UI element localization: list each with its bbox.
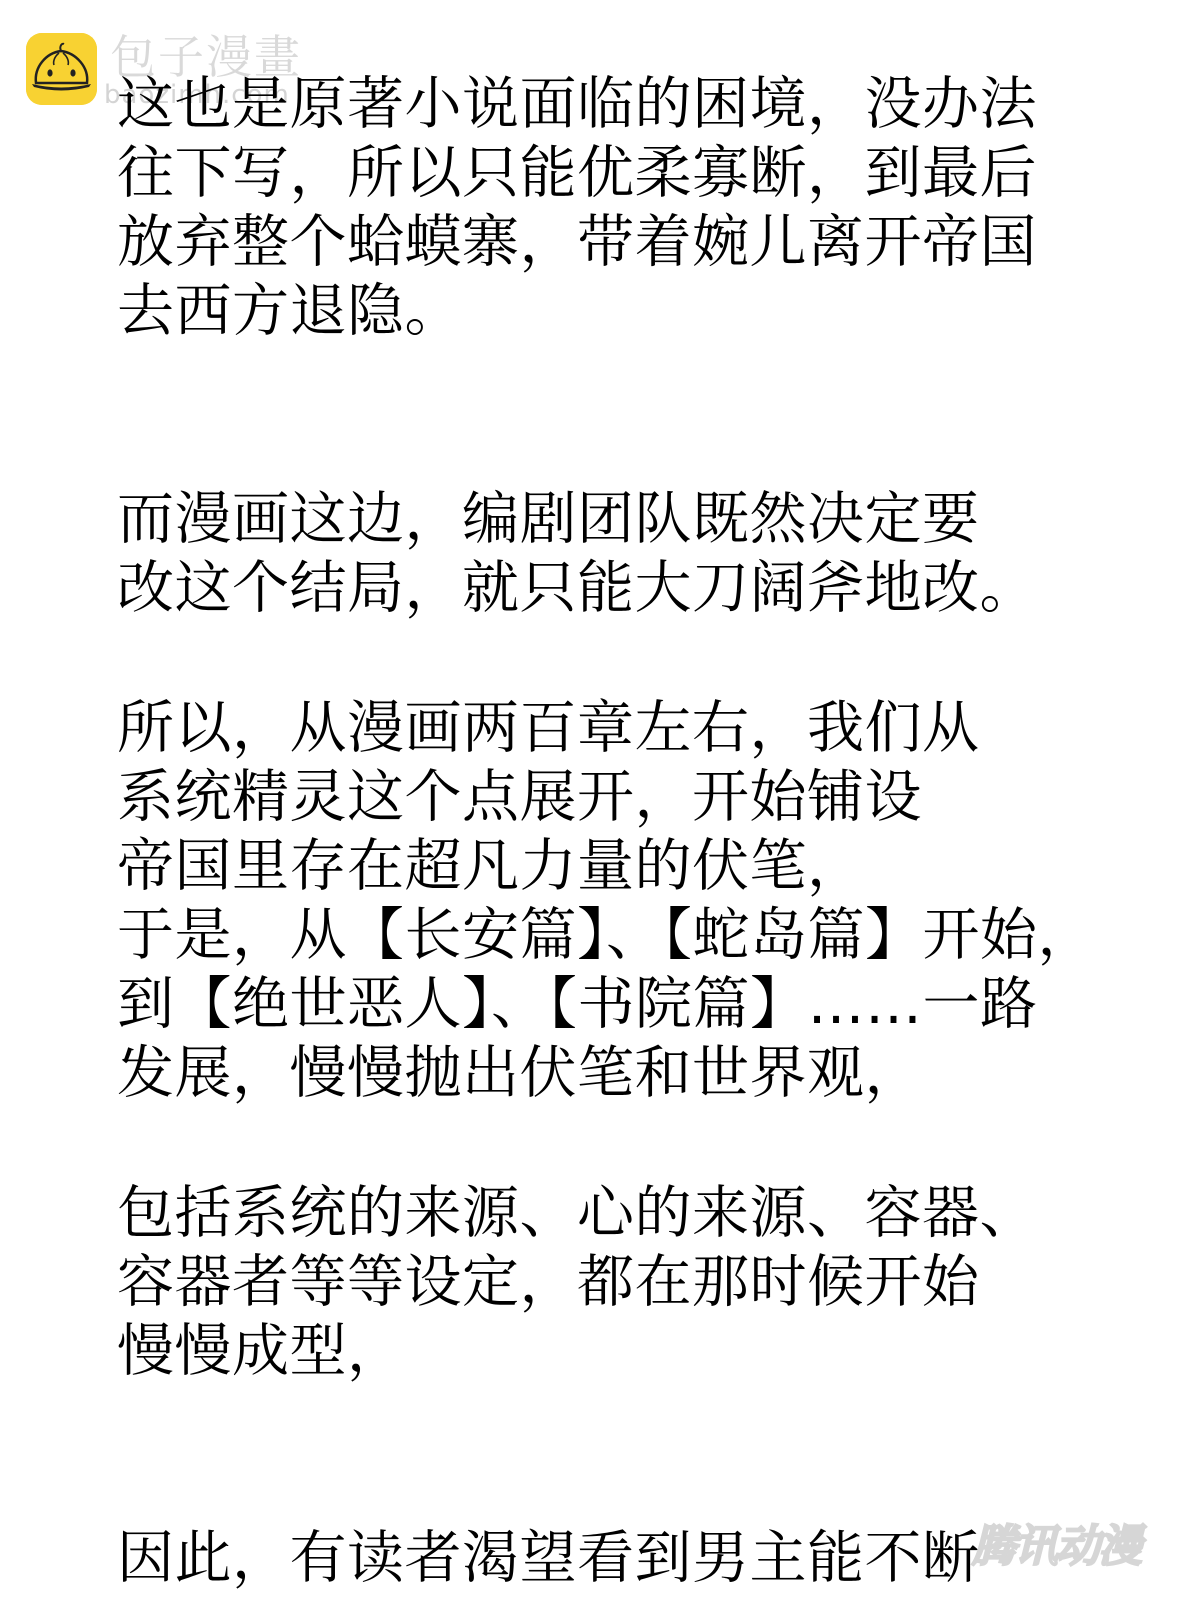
tencent-comics-watermark: 腾讯动漫 (972, 1525, 1140, 1569)
baozi-logo (26, 33, 97, 105)
text-line: 所以，从漫画两百章左右，我们从 (117, 694, 1095, 763)
text-line: 系统精灵这个点展开，开始铺设 (117, 763, 1095, 832)
paragraph-4: 包括系统的来源、心的来源、容器、 容器者等等设定，都在那时候开始 慢慢成型， (117, 1179, 1037, 1386)
text-line: 包括系统的来源、心的来源、容器、 (117, 1179, 1037, 1248)
text-line: 这也是原著小说面临的困境，没办法 (117, 70, 1037, 139)
paragraph-2: 而漫画这边，编剧团队既然决定要 改这个结局，就只能大刀阔斧地改。 (117, 485, 1037, 623)
text-line: 慢慢成型， (117, 1317, 1037, 1386)
comic-page: 包子漫畫 baozimh.com 这也是原著小说面临的困境，没办法 往下写，所以… (0, 0, 1200, 1600)
paragraph-1: 这也是原著小说面临的困境，没办法 往下写，所以只能优柔寡断，到最后 放弃整个蛤蟆… (117, 70, 1037, 346)
text-line: 往下写，所以只能优柔寡断，到最后 (117, 139, 1037, 208)
text-line: 改这个结局，就只能大刀阔斧地改。 (117, 554, 1037, 623)
text-line: 帝国里存在超凡力量的伏笔， (117, 832, 1095, 901)
text-line: 容器者等等设定，都在那时候开始 (117, 1248, 1037, 1317)
steamed-bun-icon (26, 33, 97, 105)
paragraph-3: 所以，从漫画两百章左右，我们从 系统精灵这个点展开，开始铺设 帝国里存在超凡力量… (117, 694, 1095, 1108)
text-line: 去西方退隐。 (117, 277, 1037, 346)
text-line: 到【绝世恶人】、【书院篇】……一路 (117, 970, 1095, 1039)
text-line: 因此，有读者渴望看到男主能不断 (117, 1524, 980, 1593)
paragraph-5: 因此，有读者渴望看到男主能不断 (117, 1524, 980, 1593)
text-line: 放弃整个蛤蟆寨，带着婉儿离开帝国 (117, 208, 1037, 277)
text-line: 于是，从【长安篇】、【蛇岛篇】开始， (117, 901, 1095, 970)
text-line: 而漫画这边，编剧团队既然决定要 (117, 485, 1037, 554)
text-line: 发展，慢慢抛出伏笔和世界观， (117, 1039, 1095, 1108)
